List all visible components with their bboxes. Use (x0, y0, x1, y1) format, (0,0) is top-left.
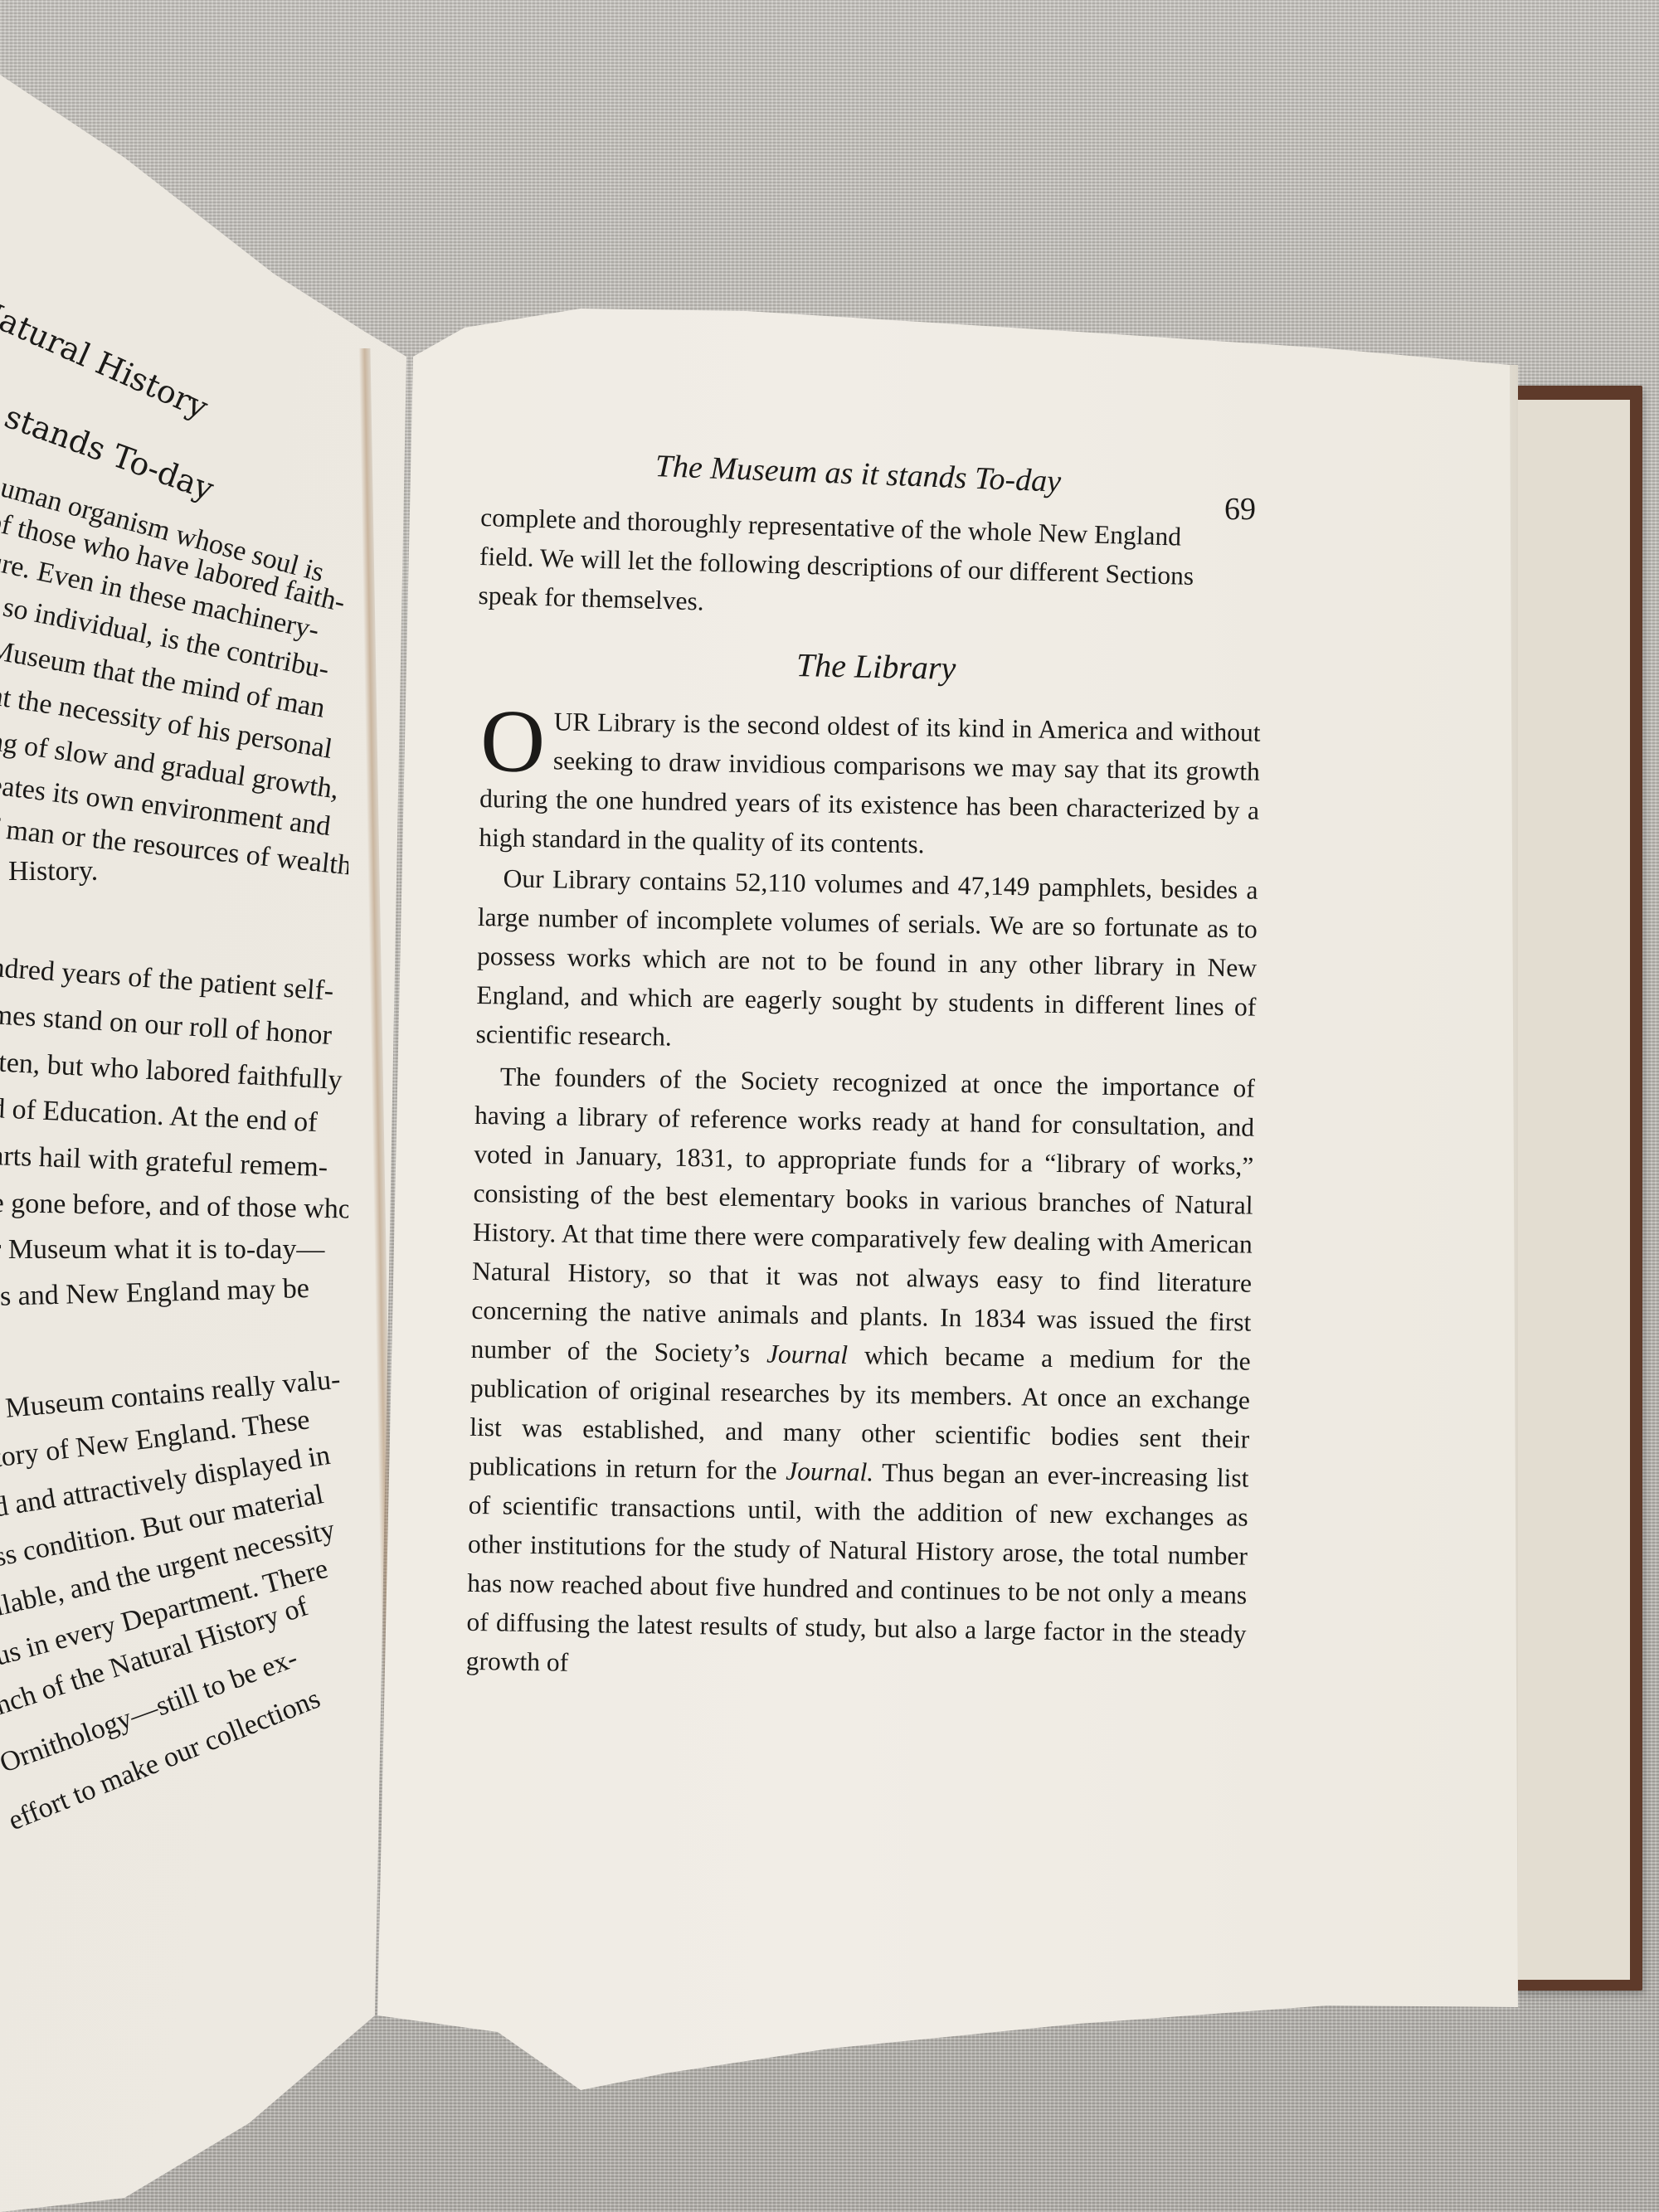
library-paragraph-2: Our Library contains 52,110 volumes and … (475, 858, 1258, 1066)
paragraph-3-text: Thus began an ever-increasing list of sc… (466, 1458, 1249, 1677)
library-paragraph-1-text: UR Library is the second oldest of its k… (479, 707, 1261, 858)
left-text-line: d of Education. At the end of (0, 1093, 318, 1139)
journal-title: Journal (766, 1339, 849, 1370)
journal-title: Journal. (786, 1456, 873, 1487)
drop-cap: O (480, 706, 546, 778)
intro-paragraph: complete and thoroughly representative o… (478, 498, 1261, 636)
left-text-line: tten, but who labored faithfully (0, 1047, 343, 1096)
left-page-text: Natural History stands To-day human orga… (0, 282, 348, 1858)
left-text-line: History. (8, 856, 98, 887)
left-text-line: ndred years of the patient self- (0, 952, 334, 1008)
left-text-line: arts hail with grateful remem- (0, 1140, 328, 1184)
left-text-line: mes stand on our roll of honor (0, 999, 333, 1052)
library-paragraph-3: The founders of the Society recognized a… (465, 1057, 1255, 1693)
library-body: O UR Library is the second oldest of its… (465, 701, 1260, 1693)
left-text-line: r Museum what it is to-day— (0, 1234, 324, 1266)
left-text-line: e gone before, and of those who (0, 1188, 348, 1226)
paragraph-3-text: The founders of the Society recognized a… (470, 1062, 1255, 1368)
left-text-line: ts and New England may be (0, 1273, 309, 1313)
endpaper (1510, 400, 1630, 1980)
section-title-library: The Library (796, 645, 956, 688)
library-paragraph-1: O UR Library is the second oldest of its… (479, 701, 1261, 869)
